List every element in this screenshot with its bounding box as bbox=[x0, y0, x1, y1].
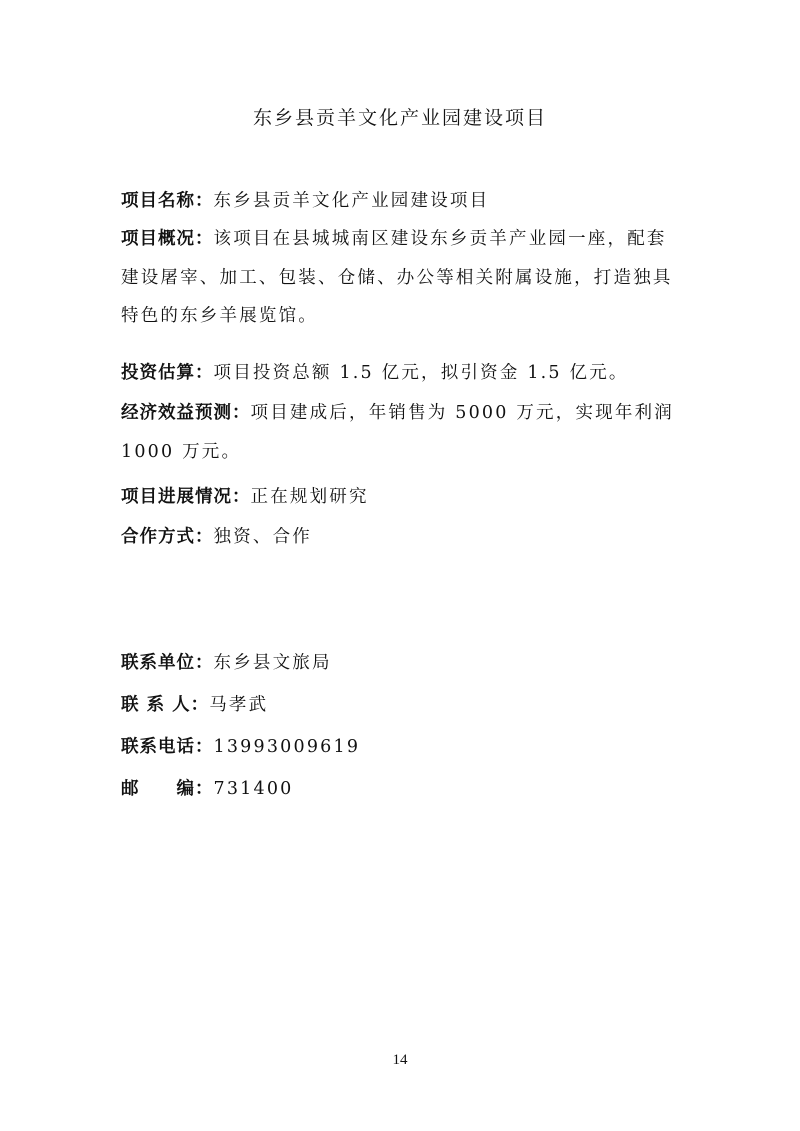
field-label: 合作方式： bbox=[121, 527, 214, 547]
field-project-progress: 项目进展情况：正在规划研究 bbox=[121, 478, 681, 517]
field-label: 经济效益预测： bbox=[121, 403, 251, 423]
field-label: 投资估算： bbox=[121, 363, 214, 383]
field-label: 项目概况： bbox=[121, 229, 214, 249]
field-label: 项目名称： bbox=[121, 191, 214, 211]
contact-phone: 联系电话：13993009619 bbox=[121, 728, 681, 767]
contact-label: 联 系 人： bbox=[121, 695, 209, 715]
contact-value: 13993009619 bbox=[214, 737, 361, 757]
field-value: 项目投资总额 1.5 亿元，拟引资金 1.5 亿元。 bbox=[214, 363, 629, 383]
field-cooperation-mode: 合作方式：独资、合作 bbox=[121, 518, 681, 557]
contact-label: 联系电话： bbox=[121, 737, 214, 757]
field-project-name: 项目名称：东乡县贡羊文化产业园建设项目 bbox=[121, 182, 681, 221]
contact-label: 邮 编： bbox=[121, 779, 214, 799]
field-investment-estimate: 投资估算：项目投资总额 1.5 亿元，拟引资金 1.5 亿元。 bbox=[121, 354, 681, 393]
field-value: 东乡县贡羊文化产业园建设项目 bbox=[214, 191, 490, 211]
contact-unit: 联系单位：东乡县文旅局 bbox=[121, 644, 681, 683]
contact-postcode: 邮 编：731400 bbox=[121, 770, 681, 809]
field-value: 正在规划研究 bbox=[251, 487, 369, 507]
contact-value: 731400 bbox=[214, 779, 294, 799]
field-value: 独资、合作 bbox=[214, 527, 313, 547]
field-project-overview: 项目概况：该项目在县城城南区建设东乡贡羊产业园一座，配套建设屠宰、加工、包装、仓… bbox=[121, 220, 681, 336]
field-label: 项目进展情况： bbox=[121, 487, 251, 507]
contact-value: 东乡县文旅局 bbox=[214, 653, 332, 673]
page-number: 14 bbox=[0, 1052, 800, 1069]
field-economic-forecast: 经济效益预测：项目建成后，年销售为 5000 万元，实现年利润 1000 万元。 bbox=[121, 394, 681, 471]
contact-person: 联 系 人：马孝武 bbox=[121, 686, 681, 725]
contact-label: 联系单位： bbox=[121, 653, 214, 673]
document-title: 东乡县贡羊文化产业园建设项目 bbox=[0, 103, 800, 130]
contact-value: 马孝武 bbox=[209, 695, 268, 715]
